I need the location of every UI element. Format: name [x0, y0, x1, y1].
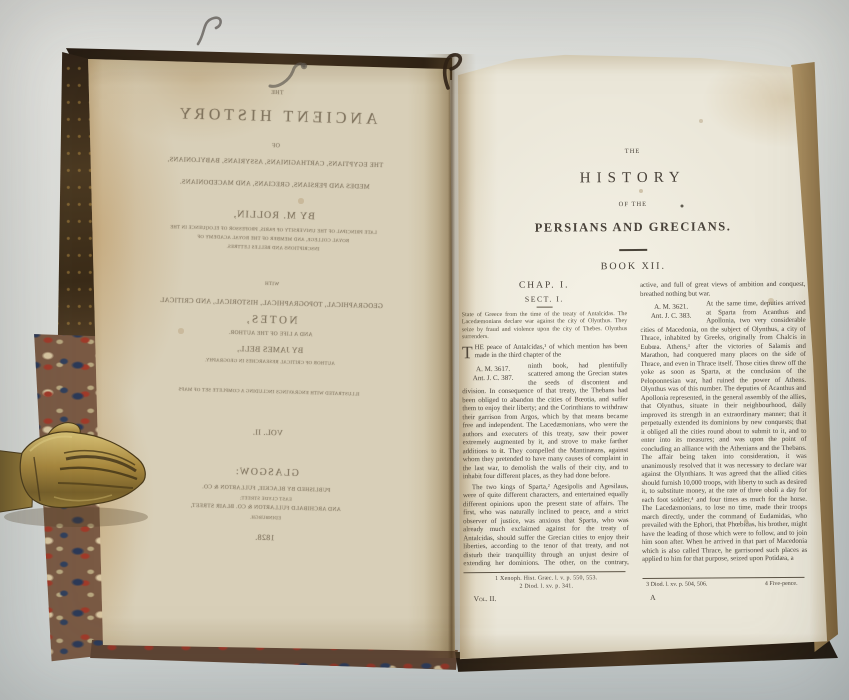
paragraph: THE peace of Antalcidas,¹ of which menti…	[462, 343, 628, 361]
column-body: active, and full of great views of ambit…	[640, 279, 808, 575]
brass-hand-clasp	[0, 395, 166, 543]
section-heading: SECT. I.	[462, 294, 628, 304]
footnote-rule	[463, 571, 625, 573]
footnote-block: 1 Xenoph. Hist. Græc. l. v. p. 550, 553.…	[463, 568, 629, 603]
column-body: CHAP. I. SECT. I. State of Greece from t…	[461, 280, 629, 569]
text-column-right: active, and full of great views of ambit…	[640, 279, 808, 602]
paragraph: A. M. 3621.Ant. J. C. 383. At the same t…	[640, 300, 807, 565]
footnote: 2 Diod. l. xv. p. 341.	[464, 583, 630, 592]
heading-of-the: OF THE	[461, 200, 805, 209]
margin-date-note: A. M. 3617.Ant. J. C. 387.	[462, 362, 528, 384]
ante-christum-date: Ant. J. C. 383.	[640, 312, 702, 321]
printed-page-content: THE HISTORY OF THE PERSIANS AND GRECIANS…	[460, 65, 808, 657]
book-photograph: THE ANCIENT HISTORY OF THE EGYPTIANS, CA…	[0, 0, 849, 700]
paragraph: active, and full of great views of ambit…	[640, 281, 806, 299]
ink-smudge	[262, 56, 312, 98]
showthrough-line: ANCIENT HISTORY	[106, 105, 446, 131]
ink-smudge	[192, 12, 234, 54]
gathering-signature: A	[650, 592, 808, 602]
showthrough-line: OF	[106, 138, 446, 154]
paragraph-text: At the same time, deputies arrived at Sp…	[640, 300, 807, 563]
page-heading: THE HISTORY OF THE PERSIANS AND GRECIANS…	[461, 147, 806, 273]
heading-title: HISTORY	[461, 169, 805, 188]
ante-christum-date: Ant. J. C. 387.	[462, 373, 524, 382]
left-page: THE ANCIENT HISTORY OF THE EGYPTIANS, CA…	[84, 56, 456, 654]
section-rule	[536, 307, 552, 308]
volume-signature: Vol. II.	[474, 593, 630, 603]
paragraph: A. M. 3617.Ant. J. C. 387. ninth book, h…	[462, 362, 628, 482]
title-page-showthrough: THE ANCIENT HISTORY OF THE EGYPTIANS, CA…	[92, 73, 447, 627]
paragraph: The two kings of Sparta,² Agesipolis and…	[463, 483, 629, 570]
heading-book-number: BOOK XII.	[461, 260, 805, 273]
heading-subtitle: PERSIANS AND GRECIANS.	[461, 219, 805, 236]
showthrough-line: MEDES AND PERSIANS, GRECIANS, AND MACEDO…	[105, 178, 445, 194]
drop-cap: T	[462, 344, 475, 359]
footnote: 4 Five-pence.	[765, 580, 798, 588]
footnote-row: 3 Diod. l. xv. p. 504, 506. 4 Five-pence…	[642, 580, 808, 589]
paragraph-text: of that treaty, the Thebans had been obl…	[462, 387, 628, 480]
showthrough-line: WITH	[102, 277, 442, 292]
anno-mundi-date: A. M. 3621.	[640, 303, 702, 312]
showthrough-line: NOTES,	[101, 310, 441, 331]
footnote: 3 Diod. l. xv. p. 504, 506.	[646, 581, 707, 589]
showthrough-line: AND A LIFE OF THE AUTHOR.	[100, 328, 440, 343]
section-argument: State of Greece from the time of the tre…	[462, 311, 628, 342]
showthrough-line: THE EGYPTIANS, CARTHAGINIANS, ASSYRIANS,…	[105, 156, 445, 172]
right-page: THE HISTORY OF THE PERSIANS AND GRECIANS…	[452, 50, 832, 664]
text-column-left: CHAP. I. SECT. I. State of Greece from t…	[461, 280, 629, 603]
showthrough-line: GEOGRAPHICAL, TOPOGRAPHICAL, HISTORICAL,…	[101, 295, 441, 312]
heading-rule	[619, 249, 647, 251]
footnote-block: 3 Diod. l. xv. p. 504, 506. 4 Five-pence…	[642, 573, 808, 602]
footnote-rule	[642, 576, 804, 578]
margin-date-note: A. M. 3621.Ant. J. C. 383.	[640, 300, 706, 322]
foxing-spots	[0, 0, 2, 2]
chapter-heading: CHAP. I.	[461, 280, 627, 291]
showthrough-line: BY M. ROLLIN,	[104, 207, 444, 227]
two-column-text: CHAP. I. SECT. I. State of Greece from t…	[461, 279, 807, 603]
paragraph-text: HE peace of Antalcidas,¹ of which mentio…	[475, 343, 628, 360]
heading-kicker: THE	[461, 147, 805, 156]
showthrough-line: AUTHOR OF CRITICAL RESEARCHES IN GEOGRAP…	[100, 356, 440, 370]
bookmark-ribbon	[436, 46, 470, 94]
anno-mundi-date: A. M. 3617.	[462, 364, 524, 373]
